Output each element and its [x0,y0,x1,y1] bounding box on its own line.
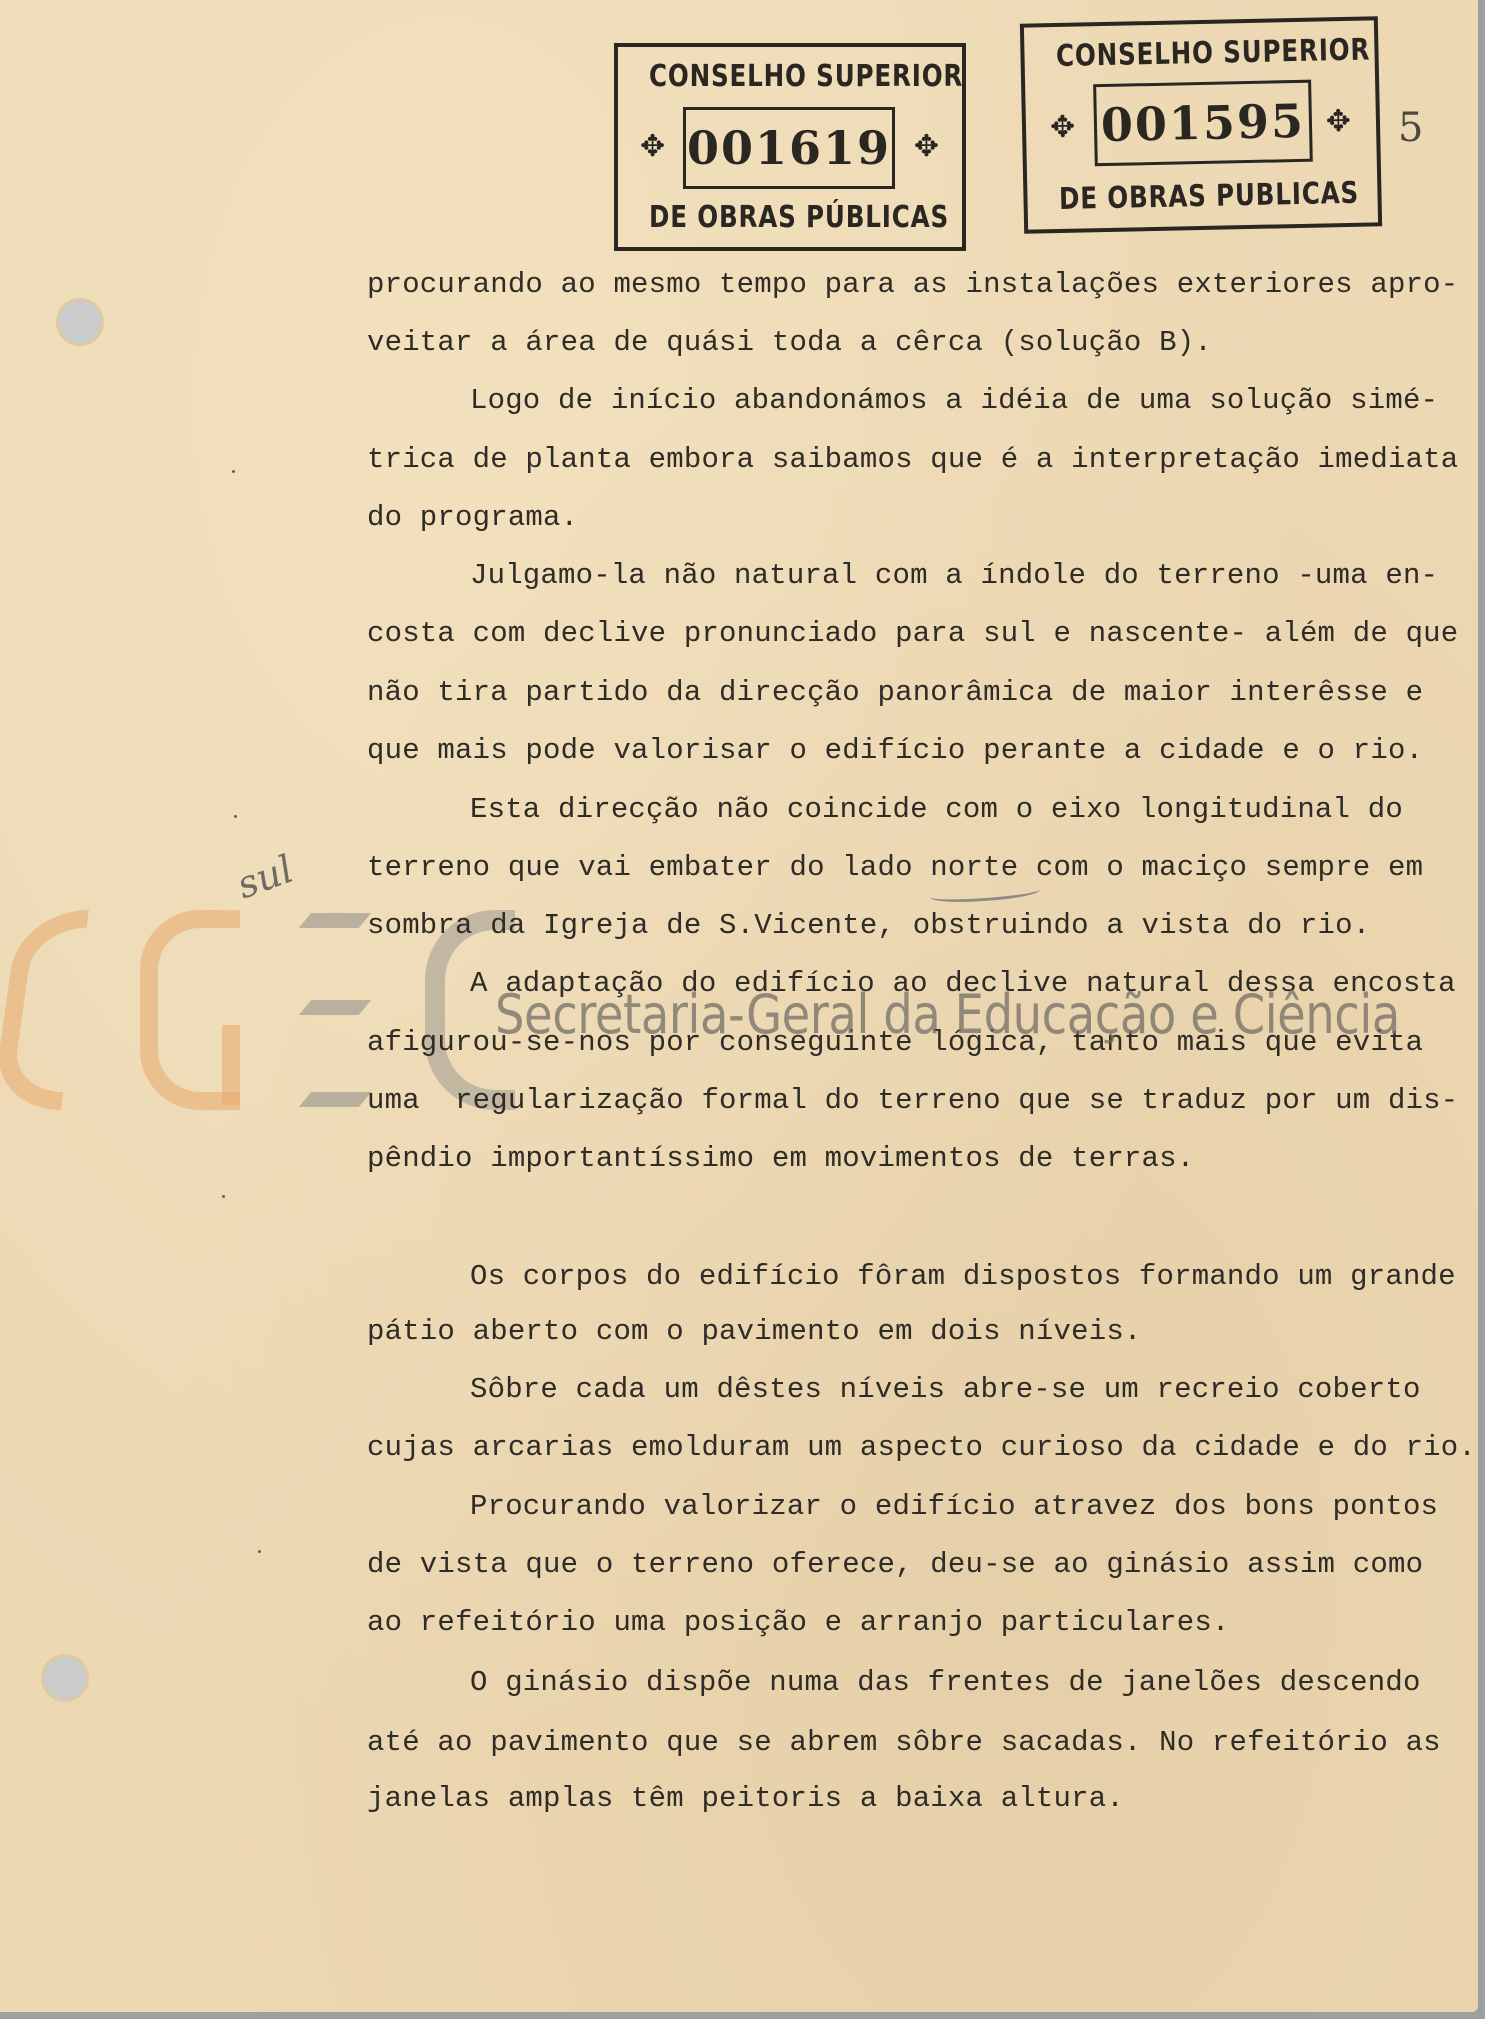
text-line: procurando ao mesmo tempo para as instal… [367,270,1458,299]
text-line: Julgamo-la não natural com a índole do t… [470,561,1438,590]
text-line: ao refeitório uma posição e arranjo part… [367,1608,1230,1637]
stamp-1-number: 001619 [683,107,895,189]
watermark-e-bar-top [299,913,372,928]
cross-ornament-icon: ✥ [1050,113,1077,144]
text-line: Procurando valorizar o edifício atravez … [470,1492,1438,1521]
cross-ornament-icon: ✥ [914,132,940,162]
text-line: veitar a área de quási toda a cêrca (sol… [367,328,1212,357]
watermark-g-tail [222,1025,240,1105]
stamp-2-top-text: CONSELHO SUPERIOR [1056,33,1344,74]
watermark-s-shape [0,910,89,1110]
stamp-2-bottom-text: DE OBRAS PUBLICAS [1059,176,1347,217]
stamp-2: CONSELHO SUPERIOR ✥ 001595 ✥ DE OBRAS PU… [1020,16,1382,233]
paper-speck [234,815,237,818]
cross-ornament-icon: ✥ [640,132,666,162]
stamp-1: CONSELHO SUPERIOR ✥ 001619 ✥ DE OBRAS PÚ… [614,43,966,251]
text-line: de vista que o terreno oferece, deu-se a… [367,1550,1423,1579]
stamp-2-number: 001595 [1093,80,1313,167]
watermark-e-bar-bottom [299,1092,372,1107]
punch-hole-bottom [44,1657,86,1699]
text-line: pêndio importantíssimo em movimentos de … [367,1144,1194,1173]
text-line: terreno que vai embater do lado norte co… [367,853,1423,882]
text-line: Logo de início abandonámos a idéia de um… [470,386,1438,415]
text-line: cujas arcarias emolduram um aspecto curi… [367,1433,1476,1462]
text-line: que mais pode valorisar o edifício peran… [367,736,1423,765]
paper-speck [258,1550,261,1553]
text-line: trica de planta embora saibamos que é a … [367,445,1458,474]
text-line: uma regularização formal do terreno que … [367,1086,1458,1115]
text-line: pátio aberto com o pavimento em dois nív… [367,1317,1142,1346]
text-line: do programa. [367,503,578,532]
cross-ornament-icon: ✥ [1326,107,1353,138]
text-line: janelas amplas têm peitoris a baixa altu… [367,1784,1124,1813]
punch-hole-top [59,301,101,343]
text-line: Esta direcção não coincide com o eixo lo… [470,795,1403,824]
handwritten-annotation: sul [231,847,299,908]
text-line: não tira partido da direcção panorâmica … [367,678,1423,707]
paper-speck [222,1195,225,1198]
document-page: CONSELHO SUPERIOR ✥ 001619 ✥ DE OBRAS PÚ… [0,0,1478,2012]
watermark-e-bar-middle [299,1000,372,1015]
stamp-1-top-text: CONSELHO SUPERIOR [649,59,931,94]
text-line: Sôbre cada um dêstes níveis abre-se um r… [470,1375,1421,1404]
text-line: O ginásio dispõe numa das frentes de jan… [470,1668,1421,1697]
page-number: 5 [1398,105,1423,151]
text-line: sombra da Igreja de S.Vicente, obstruind… [367,911,1370,940]
stamp-1-bottom-text: DE OBRAS PÚBLICAS [649,200,931,235]
text-line: até ao pavimento que se abrem sôbre saca… [367,1728,1441,1757]
paper-speck [232,470,235,473]
watermark-text: Secretaria-Geral da Educação e Ciência [495,983,1400,1046]
handwritten-underline [930,882,1041,905]
text-line: Os corpos do edifício fôram dispostos fo… [470,1262,1456,1291]
text-line: costa com declive pronunciado para sul e… [367,619,1458,648]
